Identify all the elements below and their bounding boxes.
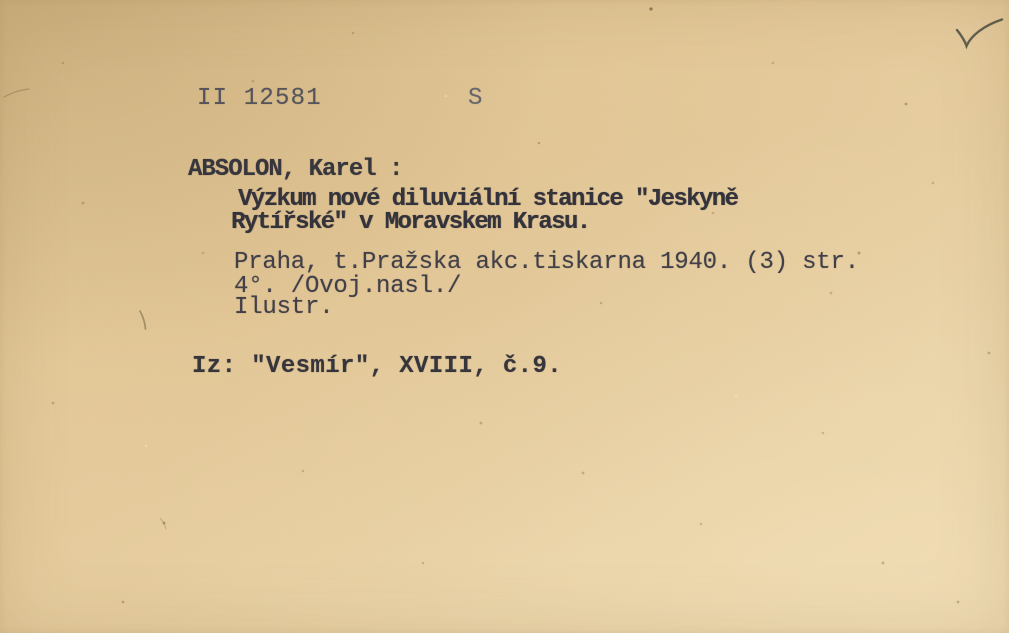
paper-fiber-mark-2 [160, 518, 166, 529]
author-line: ABSOLON, Karel : [188, 158, 402, 182]
illustration-note: Ilustr. [234, 296, 333, 320]
imprint-line: Praha, t.Pražska akc.tiskarna 1940. (3) … [234, 251, 859, 275]
shelf-letter: S [468, 87, 482, 111]
source-citation-line: Iz: "Vesmír", XVIII, č.9. [192, 355, 562, 379]
paper-texture-speckles [0, 0, 2, 2]
title-line-2: Rytířské" v Moravskem Krasu. [231, 211, 589, 235]
paper-fiber-mark [4, 89, 29, 97]
handwritten-marks-overlay [0, 0, 1009, 633]
checkmark-icon [957, 20, 1002, 47]
pencil-stroke-mark [140, 311, 146, 329]
catalog-card: II 12581 S ABSOLON, Karel : Výzkum nové … [0, 0, 1009, 633]
call-number: II 12581 [197, 87, 322, 111]
